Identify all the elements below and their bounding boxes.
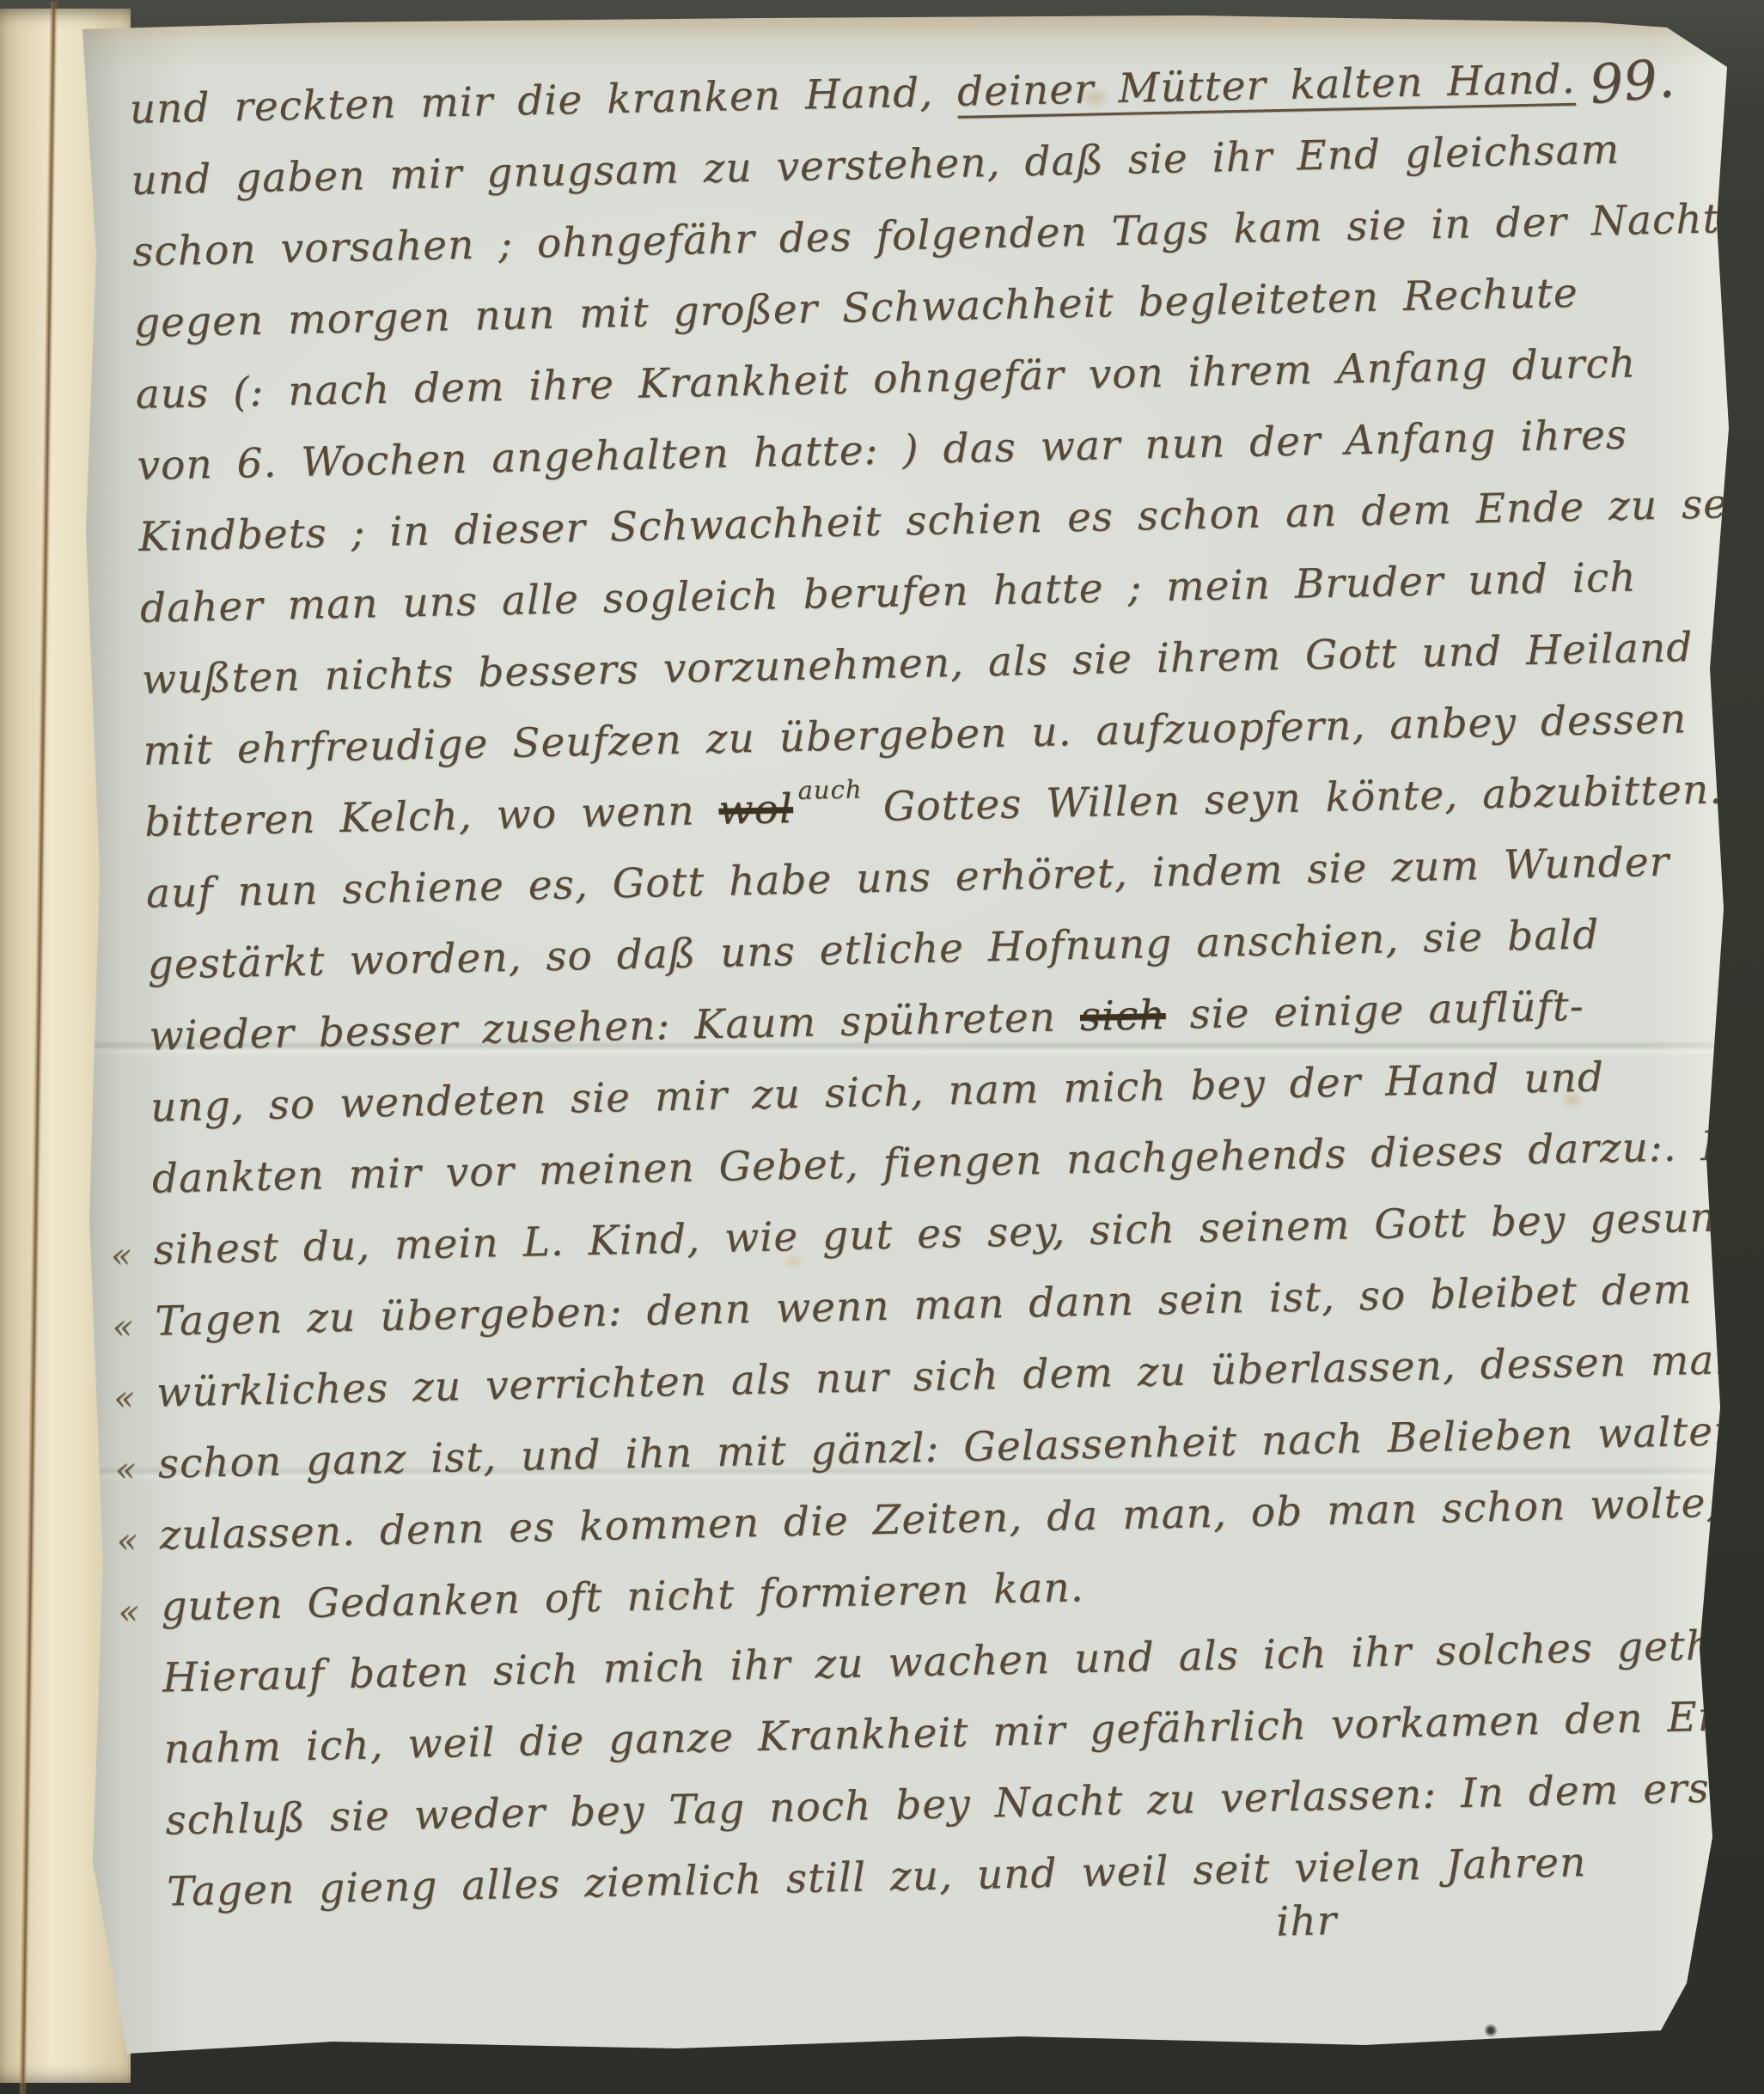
quote-mark: « [110, 1220, 133, 1292]
text-segment: guten Gedanken oft nicht formieren kan. [161, 1564, 1084, 1630]
manuscript-page: 99. und reckten mir die kranken Hand, de… [76, 15, 1730, 2071]
text-segment: und reckten mir die kranken Hand, [129, 69, 957, 133]
quote-mark: « [116, 1505, 139, 1578]
text-segment: auch [797, 754, 864, 827]
manuscript-scan: 99. und reckten mir die kranken Hand, de… [0, 0, 1764, 2094]
text-segment: bitteren Kelch, wo wenn [144, 787, 719, 846]
text-segment: wol [718, 785, 794, 834]
text-segment: deiner Mütter kalten Hand. [957, 56, 1577, 116]
text-segment: Gottes Willen seyn könte, abzubitten. Hi… [858, 763, 1764, 831]
handwritten-text-block: und reckten mir die kranken Hand, deiner… [129, 40, 1764, 1976]
quote-mark: « [118, 1577, 141, 1649]
quote-mark: « [113, 1363, 136, 1435]
quote-mark: « [112, 1291, 135, 1364]
binding-fold-line [19, 2, 58, 2094]
text-segment: sich [1079, 992, 1166, 1041]
text-segment: wieder besser zusehen: Kaum spühreten [149, 993, 1081, 1060]
quote-mark: « [114, 1434, 137, 1506]
text-segment: sie einige auflüft- [1165, 983, 1584, 1039]
